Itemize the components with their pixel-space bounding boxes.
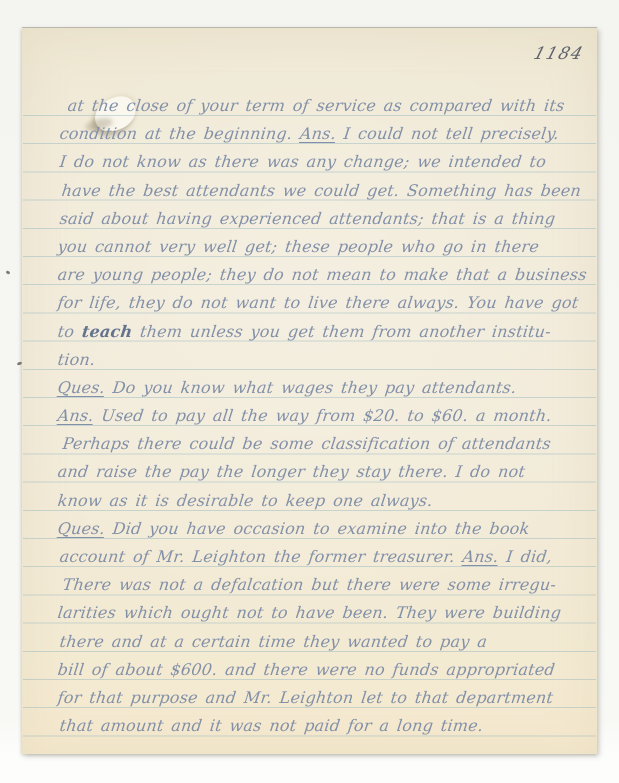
handwritten-line: bill of about $600. and there were no fu… — [56, 656, 588, 684]
manuscript-page: 1184 at the close of your term of servic… — [22, 28, 597, 754]
handwritten-line: Ques. Did you have occasion to examine i… — [56, 515, 588, 543]
handwriting-segment: Used to pay all the way from $20. to $60… — [93, 406, 553, 425]
handwritten-line: are young people; they do not mean to ma… — [56, 261, 588, 289]
underlined-word: Ans. — [299, 124, 337, 143]
handwriting-segment: Did you have occasion to examine into th… — [104, 519, 531, 538]
underlined-word: Ans. — [57, 406, 95, 425]
handwritten-line: for life, they do not want to live there… — [56, 289, 588, 317]
handwriting-segment: that amount and it was not paid for a lo… — [59, 716, 485, 735]
handwriting-segment: know as it is desirable to keep one alwa… — [57, 491, 434, 510]
handwritten-line: I do not know as there was any change; w… — [56, 148, 588, 176]
handwriting-segment: them unless you get them from another in… — [131, 322, 552, 341]
handwritten-line: that amount and it was not paid for a lo… — [56, 712, 588, 740]
handwriting-segment: larities which ought not to have been. T… — [57, 603, 563, 622]
handwriting-segment: are young people; they do not mean to ma… — [57, 265, 588, 284]
handwriting-segment: teach — [81, 322, 134, 341]
handwriting-segment: Do you know what wages they pay attendan… — [104, 378, 518, 397]
handwriting-segment: to — [57, 322, 84, 341]
handwriting-segment: tion. — [57, 350, 97, 369]
handwritten-line: you cannot very well get; these people w… — [56, 233, 588, 261]
dust-speck — [6, 270, 11, 275]
handwriting-segment: bill of about $600. and there were no fu… — [57, 660, 557, 679]
handwriting-segment: condition at the beginning. — [59, 124, 302, 143]
handwriting-segment: at the close of your term of service as … — [67, 96, 566, 115]
handwritten-line: there and at a certain time they wanted … — [56, 628, 588, 656]
handwriting-segment: There was not a defalcation but there we… — [62, 575, 558, 594]
handwritten-line: There was not a defalcation but there we… — [56, 571, 588, 599]
handwritten-line: and raise the pay the longer they stay t… — [56, 458, 588, 486]
handwritten-line: said about having experienced attendants… — [56, 205, 588, 233]
handwriting-segment: I could not tell precisely. — [335, 124, 560, 143]
handwritten-line: Ques. Do you know what wages they pay at… — [56, 374, 588, 402]
handwriting-segment: there and at a certain time they wanted … — [59, 632, 489, 651]
handwriting-segment: said about having experienced attendants… — [59, 209, 557, 228]
underlined-word: Ques. — [57, 519, 107, 538]
handwriting-segment: account of Mr. Leighton the former treas… — [59, 547, 464, 566]
handwritten-line: for that purpose and Mr. Leighton let to… — [56, 684, 588, 712]
handwriting-segment: for life, they do not want to live there… — [57, 293, 580, 312]
underlined-word: Ans. — [462, 547, 500, 566]
handwriting-segment: I do not know as there was any change; w… — [59, 152, 548, 171]
scan-background: 1184 at the close of your term of servic… — [0, 0, 619, 783]
handwriting-segment: Perhaps there could be some classificati… — [62, 434, 553, 453]
underlined-word: Ques. — [57, 378, 107, 397]
handwriting-segment: and raise the pay the longer they stay t… — [57, 462, 527, 481]
handwritten-line: Ans. Used to pay all the way from $20. t… — [56, 402, 588, 430]
handwritten-line: account of Mr. Leighton the former treas… — [56, 543, 588, 571]
handwritten-line: larities which ought not to have been. T… — [56, 599, 588, 627]
handwritten-line: condition at the beginning. Ans. I could… — [56, 120, 588, 148]
handwriting-text: at the close of your term of service as … — [56, 92, 585, 740]
handwritten-line: tion. — [56, 346, 588, 374]
handwritten-line: know as it is desirable to keep one alwa… — [56, 487, 588, 515]
handwriting-segment: for that purpose and Mr. Leighton let to… — [57, 688, 555, 707]
handwritten-line: have the best attendants we could get. S… — [56, 177, 588, 205]
handwritten-line: to teach them unless you get them from a… — [56, 318, 588, 346]
handwriting-segment: I did, — [497, 547, 553, 566]
handwriting-segment: have the best attendants we could get. S… — [61, 181, 583, 200]
handwritten-line: at the close of your term of service as … — [56, 92, 588, 120]
handwriting-segment: you cannot very well get; these people w… — [57, 237, 541, 256]
handwritten-line: Perhaps there could be some classificati… — [56, 430, 588, 458]
page-number: 1184 — [531, 44, 586, 64]
